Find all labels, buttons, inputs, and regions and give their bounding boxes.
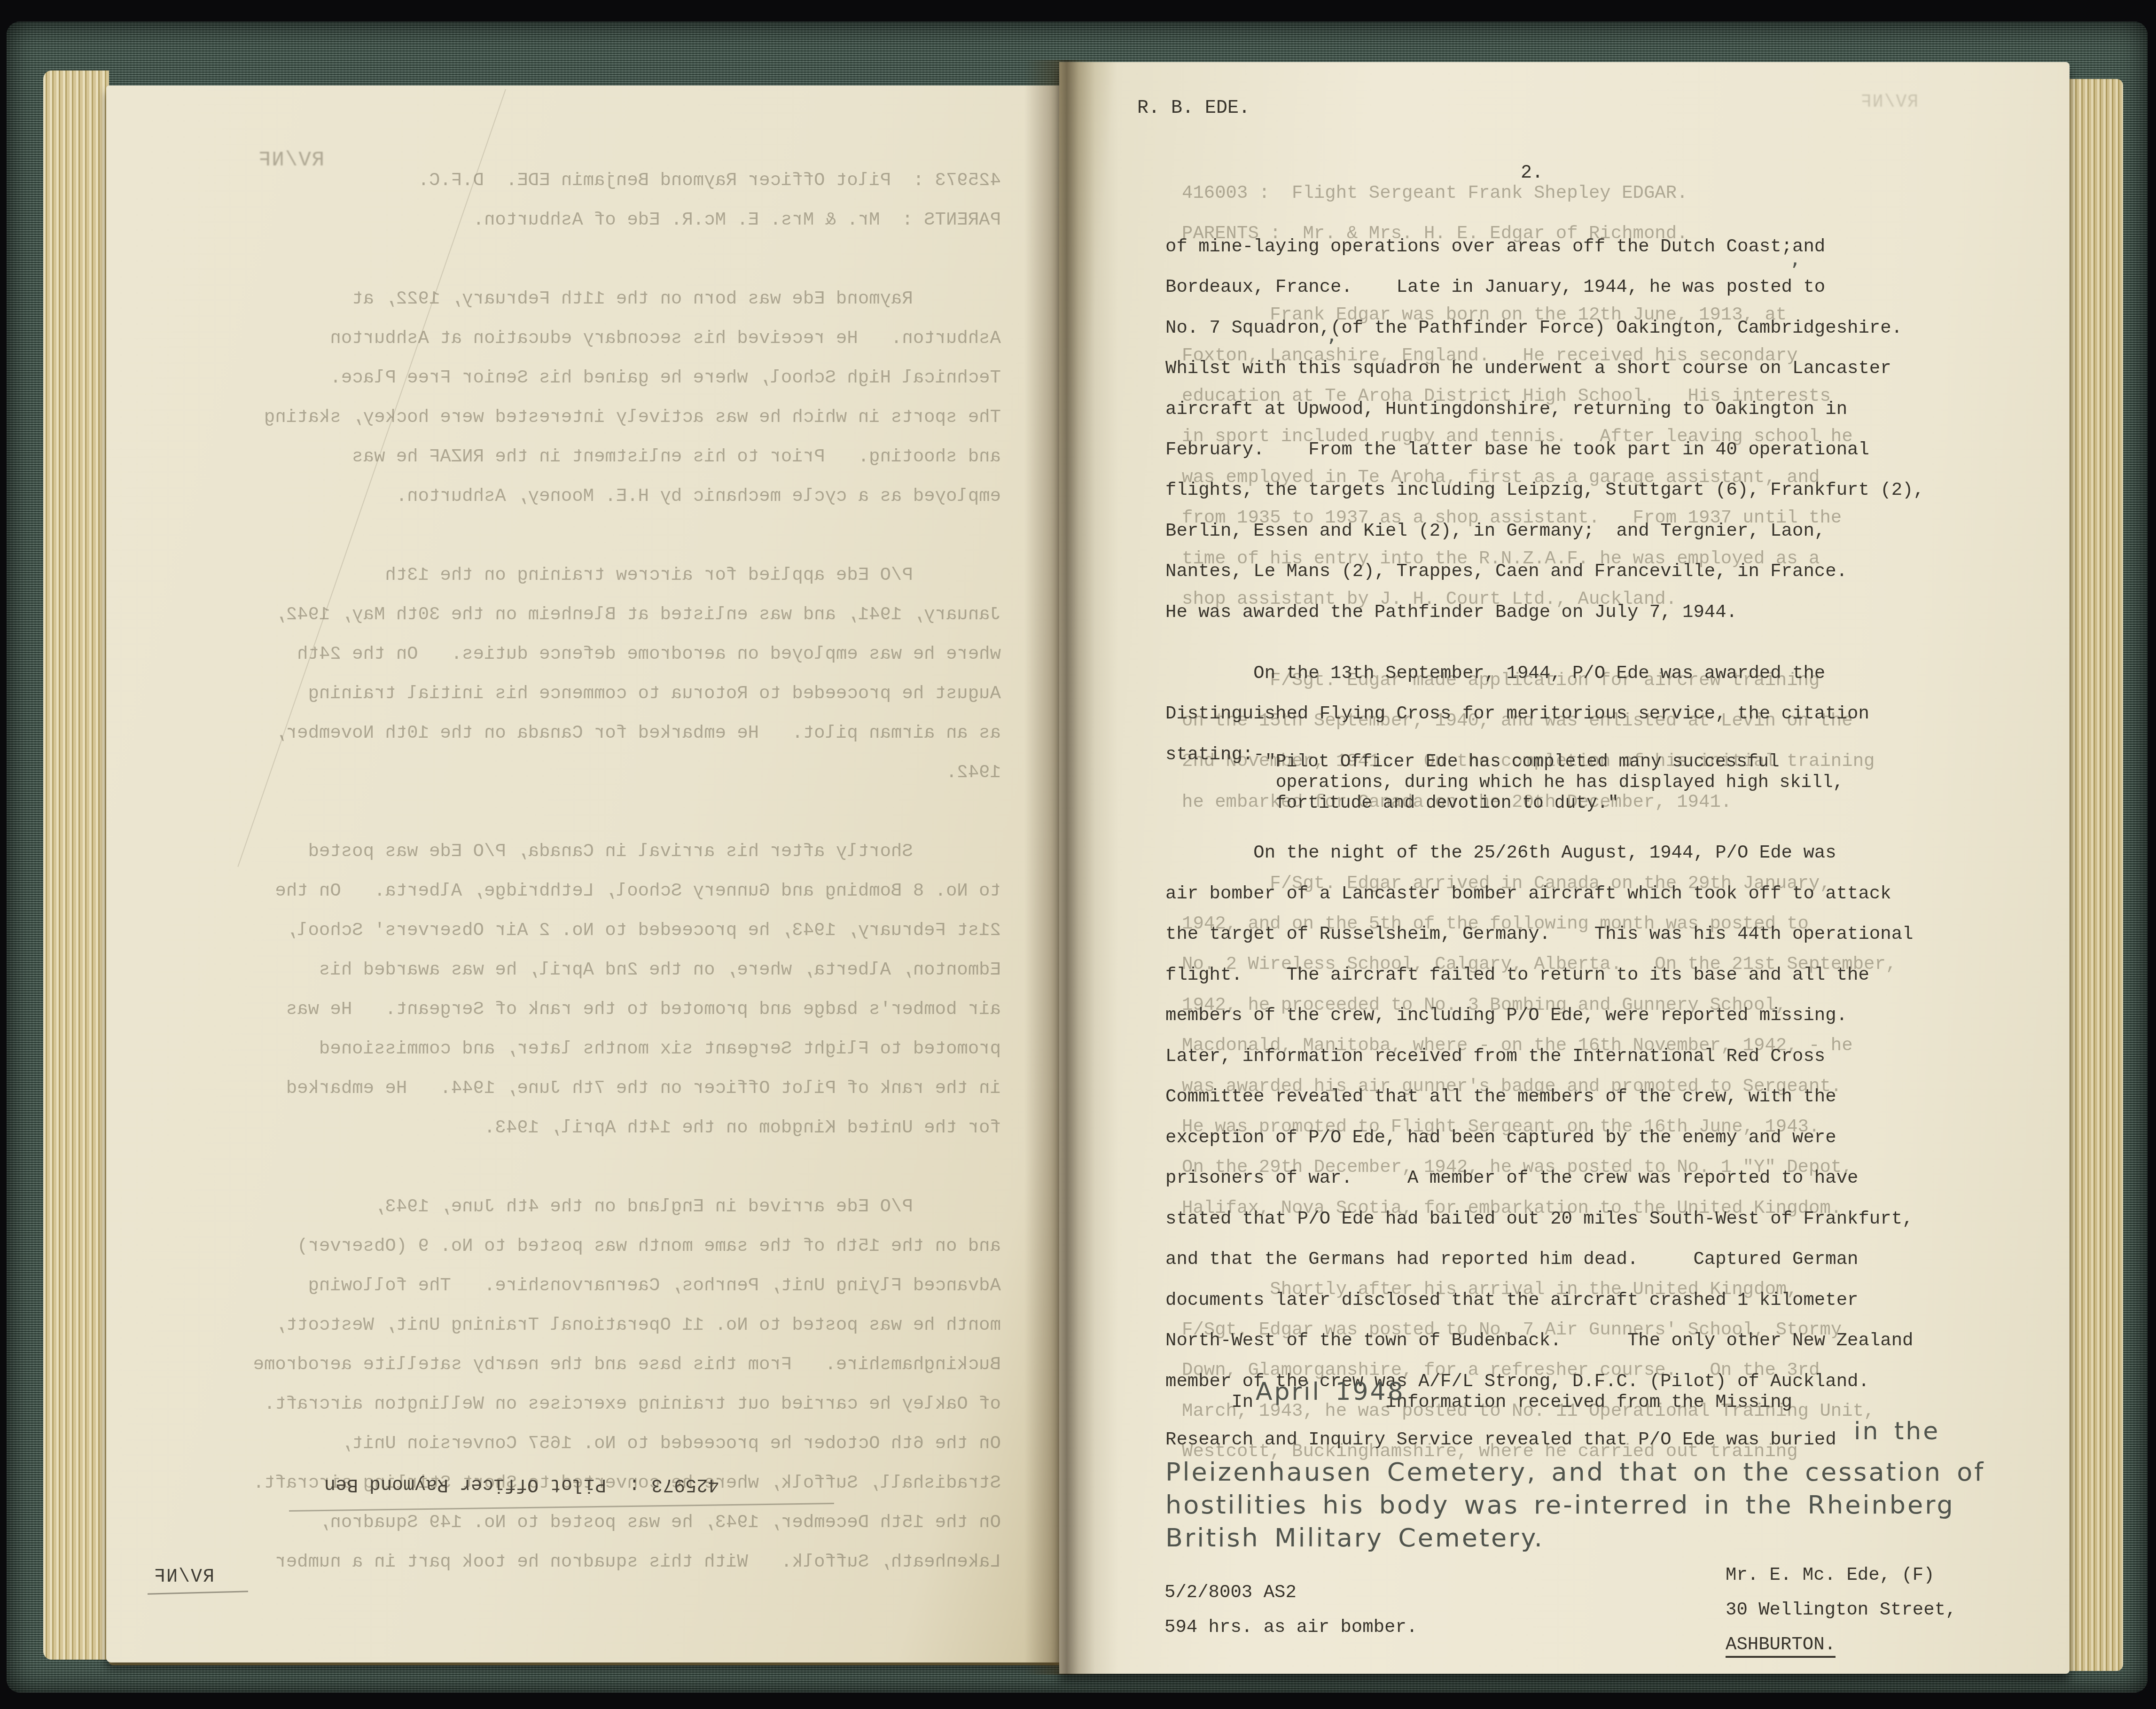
ghost-typed-line: and shooting. Prior to his enlistment in… [113,437,1001,476]
citation-line: "Pilot Officer Ede has completed many su… [1265,752,1844,773]
typed-footer-line: 5/2/8003 AS2 [1164,1575,1417,1610]
typed-line: On the night of the 25/26th August, 1944… [1165,833,1913,874]
ghost-typed-line: Advanced Flying Unit, Penrhos, Caernarvo… [113,1266,1001,1305]
ghost-typed-line [113,1147,1001,1187]
typed-line: of mine-laying operations over areas off… [1165,226,1924,267]
citation-line: fortitude and devotion to duty." [1265,793,1844,814]
typed-line: Committee revealed that all the members … [1165,1077,1913,1117]
ghost-typed-line: PARENTS : Mr. & Mrs. E. Mc.R. Ede of Ash… [113,200,1001,240]
ghost-typed-line [113,240,1001,279]
typed-line: North-West of the town of Budenback. The… [1165,1320,1913,1361]
typed-paragraph-operations: of mine-laying operations over areas off… [1165,226,1924,632]
handwritten-in-the: in the [1854,1417,1940,1445]
typed-line: Whilst with this squadron he underwent a… [1165,348,1924,389]
ghost-typed-line: 425973 : Pilot Officer Raymond Benjamin … [113,161,1001,200]
ghost-typed-line: Ashburton. He received his secondary edu… [113,319,1001,358]
ghost-typed-line: as an airman pilot. He embarked for Cana… [113,713,1001,753]
typed-line: the target of Russelsheim, Germany. This… [1165,914,1913,955]
page-header-name: R. B. EDE. [1137,98,1250,119]
typed-line: Bordeaux, France. Late in January, 1944,… [1165,267,1924,307]
pen-comma-coast: , [1791,244,1800,271]
ghost-typed-line: Buckinghamshire. From this base and the … [113,1345,1001,1384]
ghost-typed-line: Technical High School, where he gained h… [113,358,1001,398]
handwritten-line: hostilities his body was re-interred in … [1165,1489,1985,1522]
typed-line: exception of P/O Ede, had been captured … [1165,1117,1913,1158]
handwritten-line: British Military Cemetery. [1165,1522,1985,1554]
footer-next-of-kin-street: 30 Wellington Street, [1726,1600,1956,1620]
typed-line: aircraft at Upwood, Huntingdonshire, ret… [1165,389,1924,429]
typed-citation-block: "Pilot Officer Ede has completed many su… [1265,752,1844,814]
ghost-typed-line: P/O Ede arrived in England on the 4th Ju… [113,1187,1001,1226]
typed-line: Distinguished Flying Cross for meritorio… [1165,694,1869,734]
typed-line: No. 7 Squadron,(of the Pathfinder Force)… [1165,308,1924,348]
ghost-typed-line: 21st February, 1943, he proceeded to No.… [113,911,1001,950]
typed-line: Nantes, Le Mans (2), Trappes, Caen and F… [1165,551,1924,592]
typed-line: flights, the targets including Leipzig, … [1165,470,1924,510]
left-page-bleedthrough-text: 425973 : Pilot Officer Raymond Benjamin … [113,161,1001,1582]
ghost-typed-line: On the 6th October he proceeded to No. 1… [113,1424,1001,1463]
typed-line: prisoners of war. A member of the crew w… [1165,1158,1913,1199]
ghost-typed-line: On the 15th December, 1943, he was poste… [113,1503,1001,1542]
typed-line: air bomber of a Lancaster bomber aircraf… [1165,874,1913,914]
town-underlined-text: ASHBURTON. [1726,1634,1836,1658]
ghost-typed-line: 1942. [113,753,1001,792]
ghost-typed-line: in the rank of Pilot Officer on the 7th … [113,1069,1001,1108]
ghost-typed-line [113,792,1001,832]
ghost-typed-line: air bomber's badge and promoted to the r… [113,990,1001,1029]
ghost-typed-line: employed as a cycle mechanic by H.E. Moo… [113,476,1001,516]
reference-stamp-top-left-icon: RV/NF [258,148,324,172]
typed-paragraph-final-flight: On the night of the 25/26th August, 1944… [1165,833,1913,1402]
page-number: 2. [1521,163,1543,184]
typed-line: He was awarded the Pathfinder Badge on J… [1165,592,1924,632]
typed-line: Later, information received from the Int… [1165,1036,1913,1077]
page-stack-right-edge [2067,79,2123,1671]
ghost-typed-line: Lakenheath, Suffolk. With this squadron … [113,1542,1001,1582]
book-photo: 425973 : Pilot Officer Raymond Benjamin … [0,0,2156,1709]
handwritten-april-1948: April 1948 [1256,1378,1405,1406]
pen-comma-squadron: , [1328,320,1337,347]
typed-line-buried: Research and Inquiry Service revealed th… [1165,1429,1836,1450]
handwritten-cemetery-note: Pleizenhausen Cemetery, and that on the … [1165,1456,1985,1554]
typed-line: flight. The aircraft failed to return to… [1165,955,1913,996]
ghost-typed-line: January, 1941, and was enlisted at Blenh… [113,595,1001,634]
typed-line: On the 13th September, 1944, P/O Ede was… [1165,653,1869,694]
typed-line: and that the Germans had reported him de… [1165,1239,1913,1280]
footer-next-of-kin-name: Mr. E. Mc. Ede, (F) [1726,1565,1935,1585]
citation-line: operations, during which he has displaye… [1265,773,1844,793]
ghost-typed-line: promoted to Flight Sergeant six months l… [113,1029,1001,1069]
offset-print-line-upside-down: 425973 : Pilot Officer Raymond Ben [324,1474,719,1495]
footer-next-of-kin-town: ASHBURTON. [1726,1634,1836,1658]
typed-line: Berlin, Essen and Kiel (2), in Germany; … [1165,511,1924,551]
ghost-typed-line: P/O Ede applied for aircrew training on … [113,555,1001,595]
typed-line: stated that P/O Ede had bailed out 20 mi… [1165,1199,1913,1240]
ghost-typed-line: month he was posted to No. 11 Operationa… [113,1305,1001,1345]
ghost-typed-line: Edmonton, Alberta, where, on the 2nd Apr… [113,950,1001,990]
ghost-typed-line: Shortly after his arrival in Canada, P/O… [113,832,1001,871]
typed-line: members of the crew, including P/O Ede, … [1165,995,1913,1036]
page-stack-left-edge [43,70,109,1660]
handwritten-line: Pleizenhausen Cemetery, and that on the … [1165,1456,1985,1489]
ghost-typed-line: and on the 15th of the same month was po… [113,1226,1001,1266]
ghost-typed-line: for the United Kingdom on the 14th April… [113,1108,1001,1147]
ghost-typed-line: where he was employed on aerodrome defen… [113,634,1001,674]
footer-reference-block: 5/2/8003 AS2594 hrs. as air bomber. [1164,1575,1417,1645]
ghost-typed-line: of Oakley he carried out training exerci… [113,1384,1001,1424]
ghost-typed-line: August he proceeded to Rotorua to commen… [113,674,1001,713]
ghost-typed-line: to No. 8 Bombing and Gunnery School, Let… [113,871,1001,911]
typed-line: February. From the latter base he took p… [1165,429,1924,470]
typed-footer-line: 594 hrs. as air bomber. [1164,1610,1417,1645]
reference-stamp-bottom-left: RV/NF [153,1567,214,1588]
ghost-typed-line: Raymond Ede was born on the 11th Februar… [113,279,1001,319]
ghost-typed-line: The sports in which he was actively inte… [113,398,1001,437]
ghost-typed-line [113,516,1001,555]
reference-stamp-top-right-icon: RV/NF [1860,92,1918,112]
typed-line: documents later disclosed that the aircr… [1165,1280,1913,1321]
